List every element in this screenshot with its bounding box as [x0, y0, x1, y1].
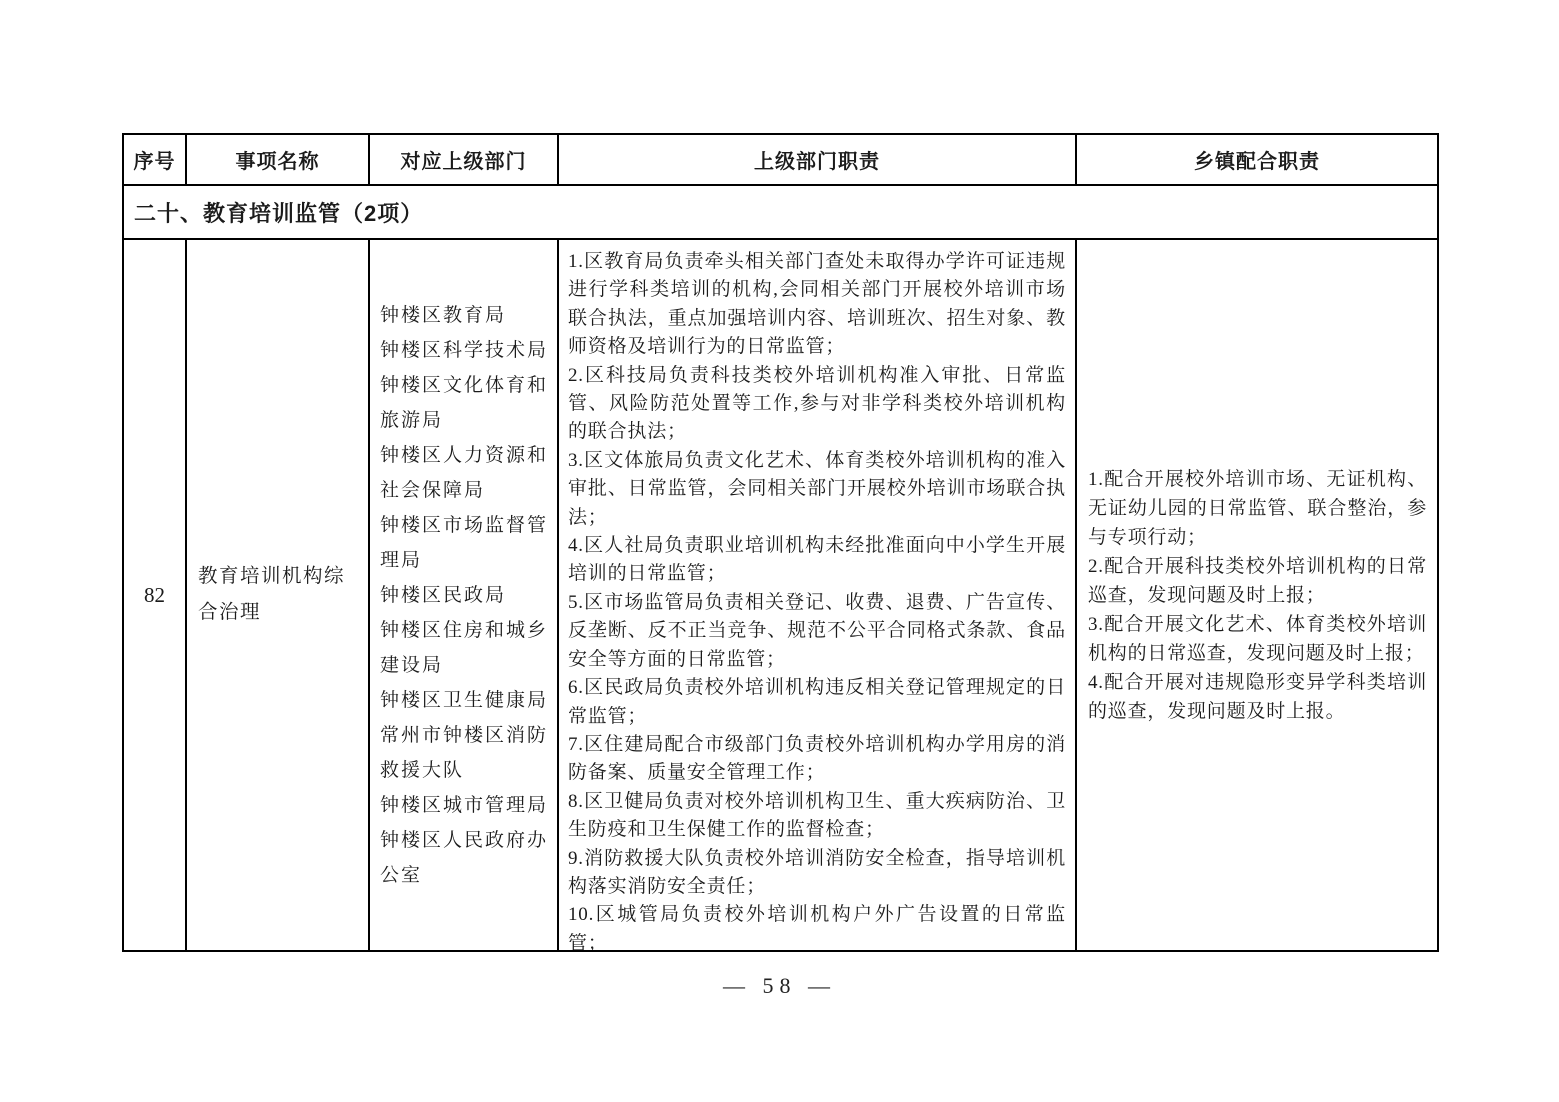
department-line: 钟楼区人力资源和社会保障局 [380, 438, 549, 508]
header-superior-department: 对应上级部门 [370, 135, 559, 186]
department-line: 钟楼区城市管理局 [380, 788, 549, 823]
department-line: 钟楼区教育局 [380, 298, 549, 333]
cell-superior-duties: 1.区教育局负责牵头相关部门查处未取得办学许可证违规进行学科类培训的机构,会同相… [559, 240, 1077, 952]
superior-duty-line: 10.区城管局负责校外培训机构户外广告设置的日常监管； [568, 901, 1066, 952]
document-page: 序号 事项名称 对应上级部门 上级部门职责 乡镇配合职责 二十、教育培训监管（2… [0, 0, 1559, 1102]
cell-item-name: 教育培训机构综合治理 [187, 240, 370, 952]
header-superior-duties: 上级部门职责 [559, 135, 1077, 186]
cell-township-duties: 1.配合开展校外培训市场、无证机构、无证幼儿园的日常监管、联合整治，参与专项行动… [1077, 240, 1439, 952]
department-line: 钟楼区人民政府办公室 [380, 823, 549, 893]
superior-duty-line: 5.区市场监管局负责相关登记、收费、退费、广告宣传、反垄断、反不正当竞争、规范不… [568, 589, 1066, 674]
regulation-table: 序号 事项名称 对应上级部门 上级部门职责 乡镇配合职责 二十、教育培训监管（2… [122, 133, 1439, 952]
township-duty-line: 3.配合开展文化艺术、体育类校外培训机构的日常巡查，发现问题及时上报； [1088, 610, 1427, 668]
superior-duty-line: 2.区科技局负责科技类校外培训机构准入审批、日常监管、风险防范处置等工作,参与对… [568, 362, 1066, 447]
superior-duty-line: 1.区教育局负责牵头相关部门查处未取得办学许可证违规进行学科类培训的机构,会同相… [568, 248, 1066, 362]
header-item-name: 事项名称 [187, 135, 370, 186]
cell-departments: 钟楼区教育局钟楼区科学技术局钟楼区文化体育和旅游局钟楼区人力资源和社会保障局钟楼… [370, 240, 559, 952]
superior-duty-line: 3.区文体旅局负责文化艺术、体育类校外培训机构的准入审批、日常监管，会同相关部门… [568, 447, 1066, 532]
cell-seq: 82 [124, 240, 187, 952]
section-title: 二十、教育培训监管（2项） [124, 186, 1439, 240]
superior-duty-line: 6.区民政局负责校外培训机构违反相关登记管理规定的日常监管； [568, 674, 1066, 731]
superior-duty-line: 9.消防救援大队负责校外培训消防安全检查，指导培训机构落实消防安全责任； [568, 845, 1066, 902]
township-duty-line: 2.配合开展科技类校外培训机构的日常巡查，发现问题及时上报； [1088, 552, 1427, 610]
page-number: — 58 — [0, 973, 1559, 999]
township-duty-line: 1.配合开展校外培训市场、无证机构、无证幼儿园的日常监管、联合整治，参与专项行动… [1088, 465, 1427, 552]
department-line: 常州市钟楼区消防救援大队 [380, 718, 549, 788]
township-duty-line: 4.配合开展对违规隐形变异学科类培训的巡查，发现问题及时上报。 [1088, 668, 1427, 726]
department-line: 钟楼区住房和城乡建设局 [380, 613, 549, 683]
department-line: 钟楼区科学技术局 [380, 333, 549, 368]
department-line: 钟楼区市场监督管理局 [380, 508, 549, 578]
superior-duty-line: 7.区住建局配合市级部门负责校外培训机构办学用房的消防备案、质量安全管理工作； [568, 731, 1066, 788]
superior-duty-line: 8.区卫健局负责对校外培训机构卫生、重大疾病防治、卫生防疫和卫生保健工作的监督检… [568, 788, 1066, 845]
department-line: 钟楼区民政局 [380, 578, 549, 613]
superior-duty-line: 4.区人社局负责职业培训机构未经批准面向中小学生开展培训的日常监管； [568, 532, 1066, 589]
header-seq: 序号 [124, 135, 187, 186]
department-line: 钟楼区文化体育和旅游局 [380, 368, 549, 438]
department-line: 钟楼区卫生健康局 [380, 683, 549, 718]
header-township-duties: 乡镇配合职责 [1077, 135, 1439, 186]
